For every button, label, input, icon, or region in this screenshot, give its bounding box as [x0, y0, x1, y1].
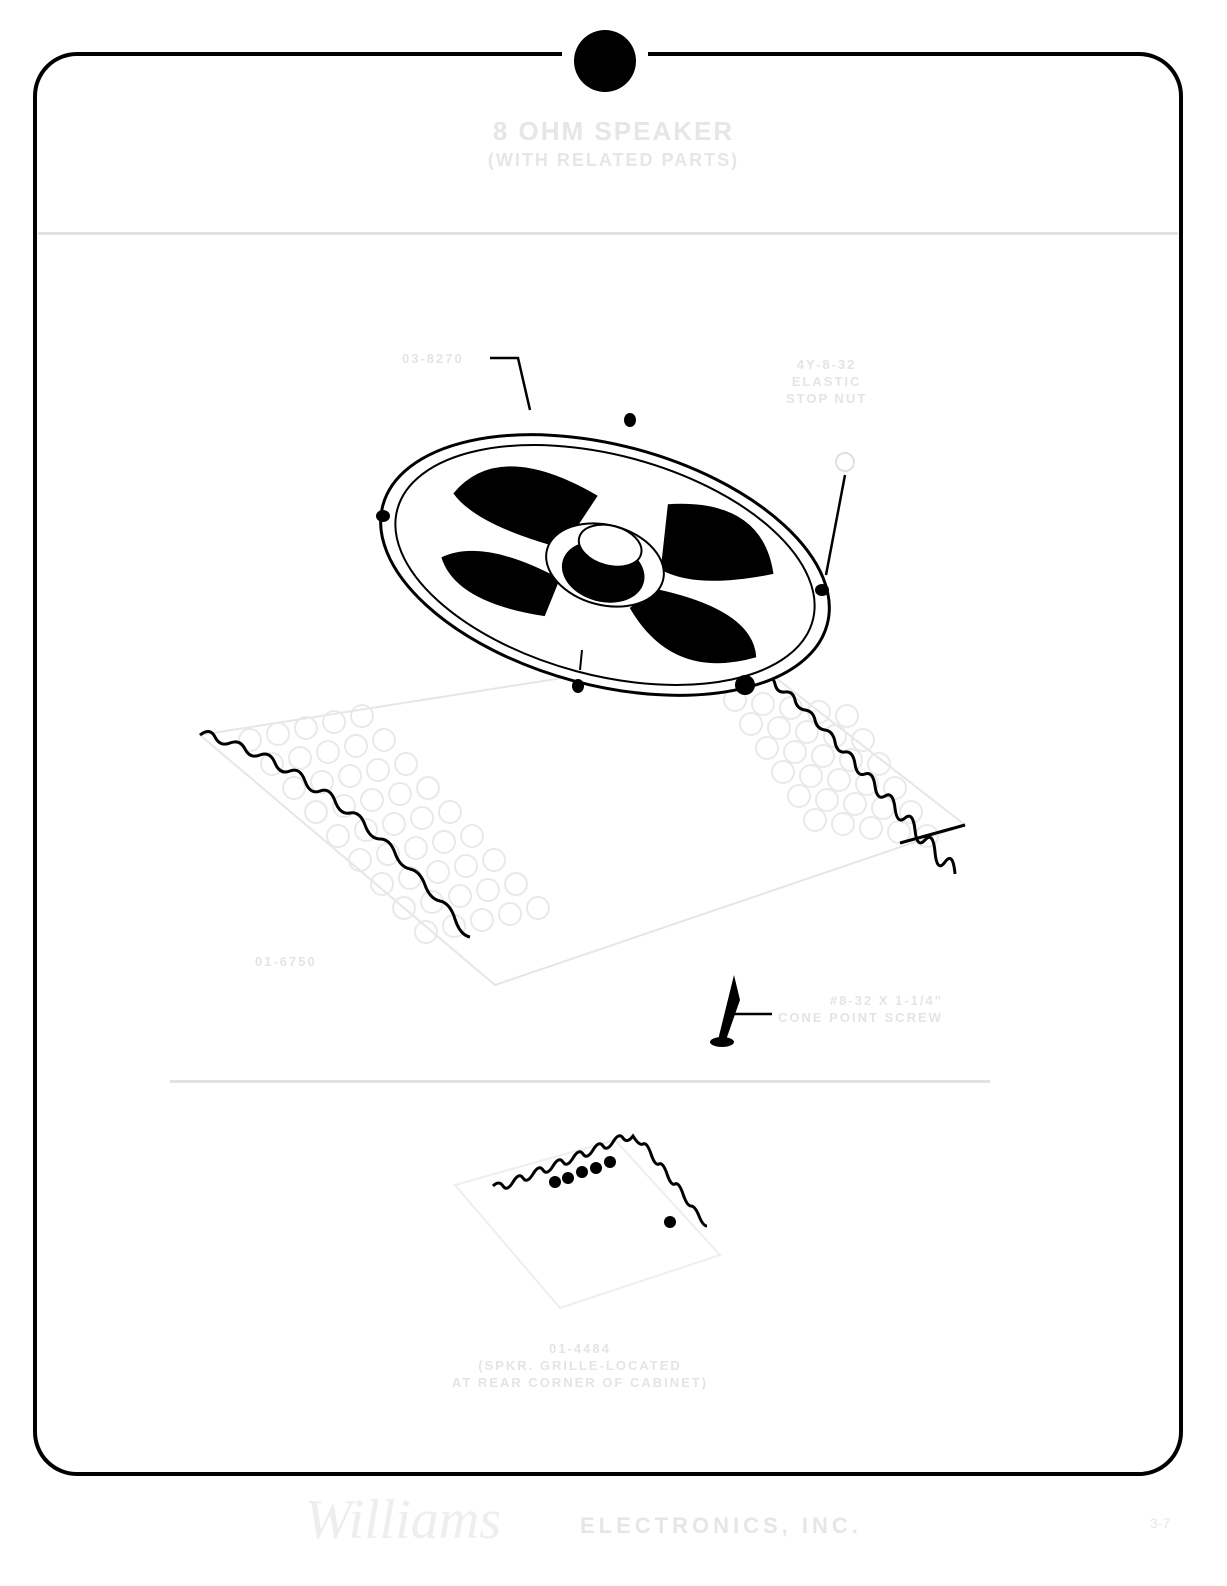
grille-edge [200, 731, 470, 937]
stop-nut-label: 4Y-8-32ELASTICSTOP NUT [786, 356, 867, 407]
company-name: ELECTRONICS, INC. [580, 1513, 862, 1539]
location-note: 01-4484(SPKR. GRILLE-LOCATEDAT REAR CORN… [420, 1340, 740, 1391]
grille-edge [765, 678, 965, 874]
speaker-part-label: 03-8270 [402, 350, 464, 367]
page-number: 3-7 [1150, 1515, 1170, 1531]
grille-location-diagram [455, 1136, 720, 1308]
screw-icon [710, 975, 772, 1047]
brand-logo: Williams [305, 1488, 501, 1552]
grille-part-label: 01-6750 [255, 953, 317, 970]
grille-plate [200, 650, 965, 985]
screw-label: #8-32 X 1-1/4"CONE POINT SCREW [778, 992, 943, 1026]
speaker [352, 390, 858, 741]
grille-holes [239, 689, 938, 943]
